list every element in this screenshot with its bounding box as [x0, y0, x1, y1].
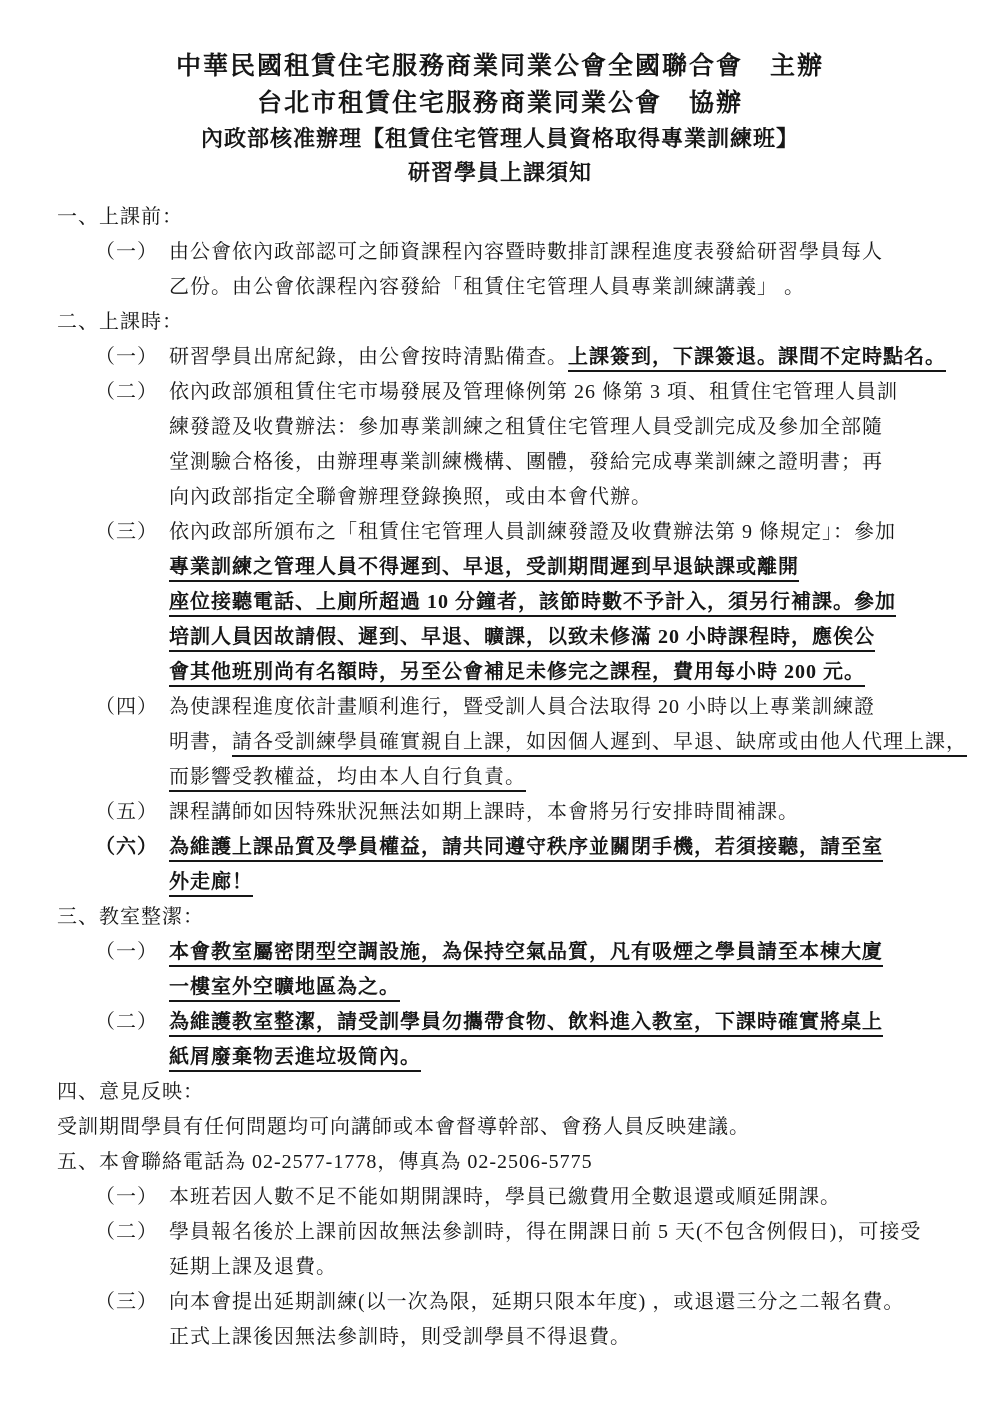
text-content: 一、上課前： — [57, 200, 942, 235]
text-run: 二、上課時： — [57, 311, 183, 333]
item-number: （二） — [95, 1215, 158, 1250]
item-number: （一） — [95, 935, 158, 970]
section-heading: 受訓期間學員有任何問題均可向講師或本會督導幹部、會務人員反映建議。 — [57, 1110, 942, 1145]
text-content: 練發證及收費辦法：參加專業訓練之租賃住宅管理人員受訓完成及參加全部隨 — [169, 410, 942, 445]
emphasized-text-run: 一樓室外空曠地區為之。 — [169, 976, 400, 1002]
document-header: 中華民國租賃住宅服務商業同業公會全國聯合會 主辦 台北市租賃住宅服務商業同業公會… — [0, 0, 1000, 190]
text-line: （一）本會教室屬密閉型空調設施，為保持空氣品質，凡有吸煙之學員請至本棟大廈 — [57, 935, 942, 970]
item-number: （一） — [95, 340, 158, 375]
text-content: 五、本會聯絡電話為 02-2577-1778，傳真為 02-2506-5775 — [57, 1145, 942, 1180]
text-line: 外走廊！ — [57, 865, 942, 900]
document-body: 一、上課前：（一）由公會依內政部認可之師資課程內容暨時數排訂課程進度表發給研習學… — [0, 190, 1000, 1355]
text-run: 一、上課前： — [57, 206, 183, 228]
item-number: （五） — [95, 795, 158, 830]
text-content: 向內政部指定全聯會辦理登錄換照，或由本會代辦。 — [169, 480, 942, 515]
section-heading: 五、本會聯絡電話為 02-2577-1778，傳真為 02-2506-5775 — [57, 1145, 942, 1180]
text-line: 一樓室外空曠地區為之。 — [57, 970, 942, 1005]
emphasized-text-run: 專業訓練之管理人員不得遲到、早退，受訓期間遲到早退缺課或離開 — [169, 556, 799, 582]
item-number: （三） — [95, 1285, 158, 1320]
text-line: 乙份。由公會依課程內容發給「租賃住宅管理人員專業訓練講義」 。 — [57, 270, 942, 305]
text-content: 一樓室外空曠地區為之。 — [169, 970, 942, 1005]
text-run: 向本會提出延期訓練(以一次為限，延期只限本年度) ，或退還三分之二報名費。 — [169, 1291, 904, 1313]
text-content: 外走廊！ — [169, 865, 942, 900]
text-content: 紙屑廢棄物丟進垃圾筒內。 — [169, 1040, 942, 1075]
text-line: （一）本班若因人數不足不能如期開課時，學員已繳費用全數退還或順延開課。 — [57, 1180, 942, 1215]
text-line: 座位接聽電話、上廁所超過 10 分鐘者，該節時數不予計入，須另行補課。參加 — [57, 585, 942, 620]
text-content: 而影響受教權益，均由本人自行負責。 — [169, 760, 942, 795]
text-line: 堂測驗合格後，由辦理專業訓練機構、團體，發給完成專業訓練之證明書；再 — [57, 445, 942, 480]
text-run: 四、意見反映： — [57, 1081, 204, 1103]
text-content: 延期上課及退費。 — [169, 1250, 942, 1285]
text-line: （六）為維護上課品質及學員權益，請共同遵守秩序並關閉手機，若須接聽，請至室 — [57, 830, 942, 865]
section-heading: 三、教室整潔： — [57, 900, 942, 935]
text-line: 明書，請各受訓練學員確實親自上課，如因個人遲到、早退、缺席或由他人代理上課， — [57, 725, 942, 760]
text-run: 研習學員出席紀錄，由公會按時清點備查。 — [169, 346, 568, 368]
text-run: 向內政部指定全聯會辦理登錄換照，或由本會代辦。 — [169, 486, 652, 508]
approval-line: 內政部核准辦理【租賃住宅管理人員資格取得專業訓練班】 — [0, 122, 1000, 156]
text-line: 培訓人員因故請假、遲到、早退、曠課，以致未修滿 20 小時課程時，應俟公 — [57, 620, 942, 655]
text-run: 正式上課後因無法參訓時，則受訓學員不得退費。 — [169, 1326, 631, 1348]
item-number: （二） — [95, 375, 158, 410]
text-run: 由公會依內政部認可之師資課程內容暨時數排訂課程進度表發給研習學員每人 — [169, 241, 883, 263]
emphasized-text-run: 而影響受教權益，均由本人自行負責。 — [169, 766, 526, 792]
page-title: 研習學員上課須知 — [0, 156, 1000, 190]
text-line: （二）為維護教室整潔，請受訓學員勿攜帶食物、飲料進入教室，下課時確實將桌上 — [57, 1005, 942, 1040]
text-run: 受訓期間學員有任何問題均可向講師或本會督導幹部、會務人員反映建議。 — [57, 1116, 750, 1138]
text-run: 依內政部頒租賃住宅市場發展及管理條例第 26 條第 3 項、租賃住宅管理人員訓 — [169, 381, 898, 403]
emphasized-text-run: 請各受訓練學員確實親自上課，如因個人遲到、早退、缺席或由他人代理上課， — [232, 731, 967, 757]
text-content: 為使課程進度依計畫順利進行，暨受訓人員合法取得 20 小時以上專業訓練證 — [169, 690, 942, 725]
text-run: 練發證及收費辦法：參加專業訓練之租賃住宅管理人員受訓完成及參加全部隨 — [169, 416, 883, 438]
emphasized-text-run: 培訓人員因故請假、遲到、早退、曠課，以致未修滿 20 小時課程時，應俟公 — [169, 626, 875, 652]
text-run: 本班若因人數不足不能如期開課時，學員已繳費用全數退還或順延開課。 — [169, 1186, 841, 1208]
text-content: 乙份。由公會依課程內容發給「租賃住宅管理人員專業訓練講義」 。 — [169, 270, 942, 305]
text-line: （三）依內政部所頒布之「租賃住宅管理人員訓練發證及收費辦法第 9 條規定」：參加 — [57, 515, 942, 550]
emphasized-text-run: 為維護教室整潔，請受訓學員勿攜帶食物、飲料進入教室，下課時確實將桌上 — [169, 1011, 883, 1037]
text-line: 向內政部指定全聯會辦理登錄換照，或由本會代辦。 — [57, 480, 942, 515]
text-content: 依內政部頒租賃住宅市場發展及管理條例第 26 條第 3 項、租賃住宅管理人員訓 — [169, 375, 942, 410]
text-run: 乙份。由公會依課程內容發給「租賃住宅管理人員專業訓練講義」 。 — [169, 276, 805, 298]
text-line: 正式上課後因無法參訓時，則受訓學員不得退費。 — [57, 1320, 942, 1355]
emphasized-text-run: 紙屑廢棄物丟進垃圾筒內。 — [169, 1046, 421, 1072]
text-content: 正式上課後因無法參訓時，則受訓學員不得退費。 — [169, 1320, 942, 1355]
emphasized-text-run: 外走廊！ — [169, 871, 253, 897]
text-content: 明書，請各受訓練學員確實親自上課，如因個人遲到、早退、缺席或由他人代理上課， — [169, 725, 942, 760]
text-content: 會其他班別尚有名額時，另至公會補足未修完之課程，費用每小時 200 元。 — [169, 655, 942, 690]
text-run: 依內政部所頒布之「租賃住宅管理人員訓練發證及收費辦法第 9 條規定」：參加 — [169, 521, 896, 543]
text-line: 紙屑廢棄物丟進垃圾筒內。 — [57, 1040, 942, 1075]
section-heading: 二、上課時： — [57, 305, 942, 340]
item-number: （一） — [95, 1180, 158, 1215]
item-number: （四） — [95, 690, 158, 725]
emphasized-text-run: 座位接聽電話、上廁所超過 10 分鐘者，該節時數不予計入，須另行補課。參加 — [169, 591, 896, 617]
co-organizer-line: 台北市租賃住宅服務商業同業公會 協辦 — [0, 85, 1000, 122]
emphasized-text-run: 會其他班別尚有名額時，另至公會補足未修完之課程，費用每小時 200 元。 — [169, 661, 865, 687]
text-content: 座位接聽電話、上廁所超過 10 分鐘者，該節時數不予計入，須另行補課。參加 — [169, 585, 942, 620]
section-heading: 一、上課前： — [57, 200, 942, 235]
text-content: 本班若因人數不足不能如期開課時，學員已繳費用全數退還或順延開課。 — [169, 1180, 942, 1215]
text-line: 延期上課及退費。 — [57, 1250, 942, 1285]
text-content: 研習學員出席紀錄，由公會按時清點備查。上課簽到，下課簽退。課間不定時點名。 — [169, 340, 942, 375]
emphasized-text-run: 上課簽到，下課簽退。課間不定時點名。 — [568, 346, 946, 372]
text-content: 為維護上課品質及學員權益，請共同遵守秩序並關閉手機，若須接聽，請至室 — [169, 830, 942, 865]
organizer-line: 中華民國租賃住宅服務商業同業公會全國聯合會 主辦 — [0, 48, 1000, 85]
item-number: （一） — [95, 235, 158, 270]
text-line: 而影響受教權益，均由本人自行負責。 — [57, 760, 942, 795]
text-content: 為維護教室整潔，請受訓學員勿攜帶食物、飲料進入教室，下課時確實將桌上 — [169, 1005, 942, 1040]
text-run: 學員報名後於上課前因故無法參訓時，得在開課日前 5 天(不包含例假日)，可接受 — [169, 1221, 921, 1243]
text-content: 受訓期間學員有任何問題均可向講師或本會督導幹部、會務人員反映建議。 — [57, 1110, 942, 1145]
text-run: 三、教室整潔： — [57, 906, 204, 928]
text-content: 三、教室整潔： — [57, 900, 942, 935]
text-content: 培訓人員因故請假、遲到、早退、曠課，以致未修滿 20 小時課程時，應俟公 — [169, 620, 942, 655]
text-content: 依內政部所頒布之「租賃住宅管理人員訓練發證及收費辦法第 9 條規定」：參加 — [169, 515, 942, 550]
text-line: 專業訓練之管理人員不得遲到、早退，受訓期間遲到早退缺課或離開 — [57, 550, 942, 585]
text-content: 由公會依內政部認可之師資課程內容暨時數排訂課程進度表發給研習學員每人 — [169, 235, 942, 270]
item-number: （六） — [95, 830, 158, 865]
text-content: 學員報名後於上課前因故無法參訓時，得在開課日前 5 天(不包含例假日)，可接受 — [169, 1215, 942, 1250]
text-content: 堂測驗合格後，由辦理專業訓練機構、團體，發給完成專業訓練之證明書；再 — [169, 445, 942, 480]
document-page: 中華民國租賃住宅服務商業同業公會全國聯合會 主辦 台北市租賃住宅服務商業同業公會… — [0, 0, 1000, 1414]
emphasized-text-run: 本會教室屬密閉型空調設施，為保持空氣品質，凡有吸煙之學員請至本棟大廈 — [169, 941, 883, 967]
text-run: 延期上課及退費。 — [169, 1256, 337, 1278]
text-content: 本會教室屬密閉型空調設施，為保持空氣品質，凡有吸煙之學員請至本棟大廈 — [169, 935, 942, 970]
text-run: 五、本會聯絡電話為 02-2577-1778，傳真為 02-2506-5775 — [57, 1151, 593, 1173]
text-line: （二）依內政部頒租賃住宅市場發展及管理條例第 26 條第 3 項、租賃住宅管理人… — [57, 375, 942, 410]
text-run: 為使課程進度依計畫順利進行，暨受訓人員合法取得 20 小時以上專業訓練證 — [169, 696, 875, 718]
section-heading: 四、意見反映： — [57, 1075, 942, 1110]
text-run: 堂測驗合格後，由辦理專業訓練機構、團體，發給完成專業訓練之證明書；再 — [169, 451, 883, 473]
text-content: 四、意見反映： — [57, 1075, 942, 1110]
emphasized-text-run: 為維護上課品質及學員權益，請共同遵守秩序並關閉手機，若須接聽，請至室 — [169, 836, 883, 862]
text-content: 向本會提出延期訓練(以一次為限，延期只限本年度) ，或退還三分之二報名費。 — [169, 1285, 942, 1320]
text-line: （三）向本會提出延期訓練(以一次為限，延期只限本年度) ，或退還三分之二報名費。 — [57, 1285, 942, 1320]
text-run: 課程講師如因特殊狀況無法如期上課時，本會將另行安排時間補課。 — [169, 801, 799, 823]
text-run: 明書， — [169, 731, 232, 753]
item-number: （三） — [95, 515, 158, 550]
text-line: （五）課程講師如因特殊狀況無法如期上課時，本會將另行安排時間補課。 — [57, 795, 942, 830]
text-content: 二、上課時： — [57, 305, 942, 340]
text-line: 會其他班別尚有名額時，另至公會補足未修完之課程，費用每小時 200 元。 — [57, 655, 942, 690]
text-line: （一）研習學員出席紀錄，由公會按時清點備查。上課簽到，下課簽退。課間不定時點名。 — [57, 340, 942, 375]
text-line: （四）為使課程進度依計畫順利進行，暨受訓人員合法取得 20 小時以上專業訓練證 — [57, 690, 942, 725]
text-line: （一）由公會依內政部認可之師資課程內容暨時數排訂課程進度表發給研習學員每人 — [57, 235, 942, 270]
text-content: 專業訓練之管理人員不得遲到、早退，受訓期間遲到早退缺課或離開 — [169, 550, 942, 585]
text-line: 練發證及收費辦法：參加專業訓練之租賃住宅管理人員受訓完成及參加全部隨 — [57, 410, 942, 445]
text-line: （二）學員報名後於上課前因故無法參訓時，得在開課日前 5 天(不包含例假日)，可… — [57, 1215, 942, 1250]
item-number: （二） — [95, 1005, 158, 1040]
text-content: 課程講師如因特殊狀況無法如期上課時，本會將另行安排時間補課。 — [169, 795, 942, 830]
